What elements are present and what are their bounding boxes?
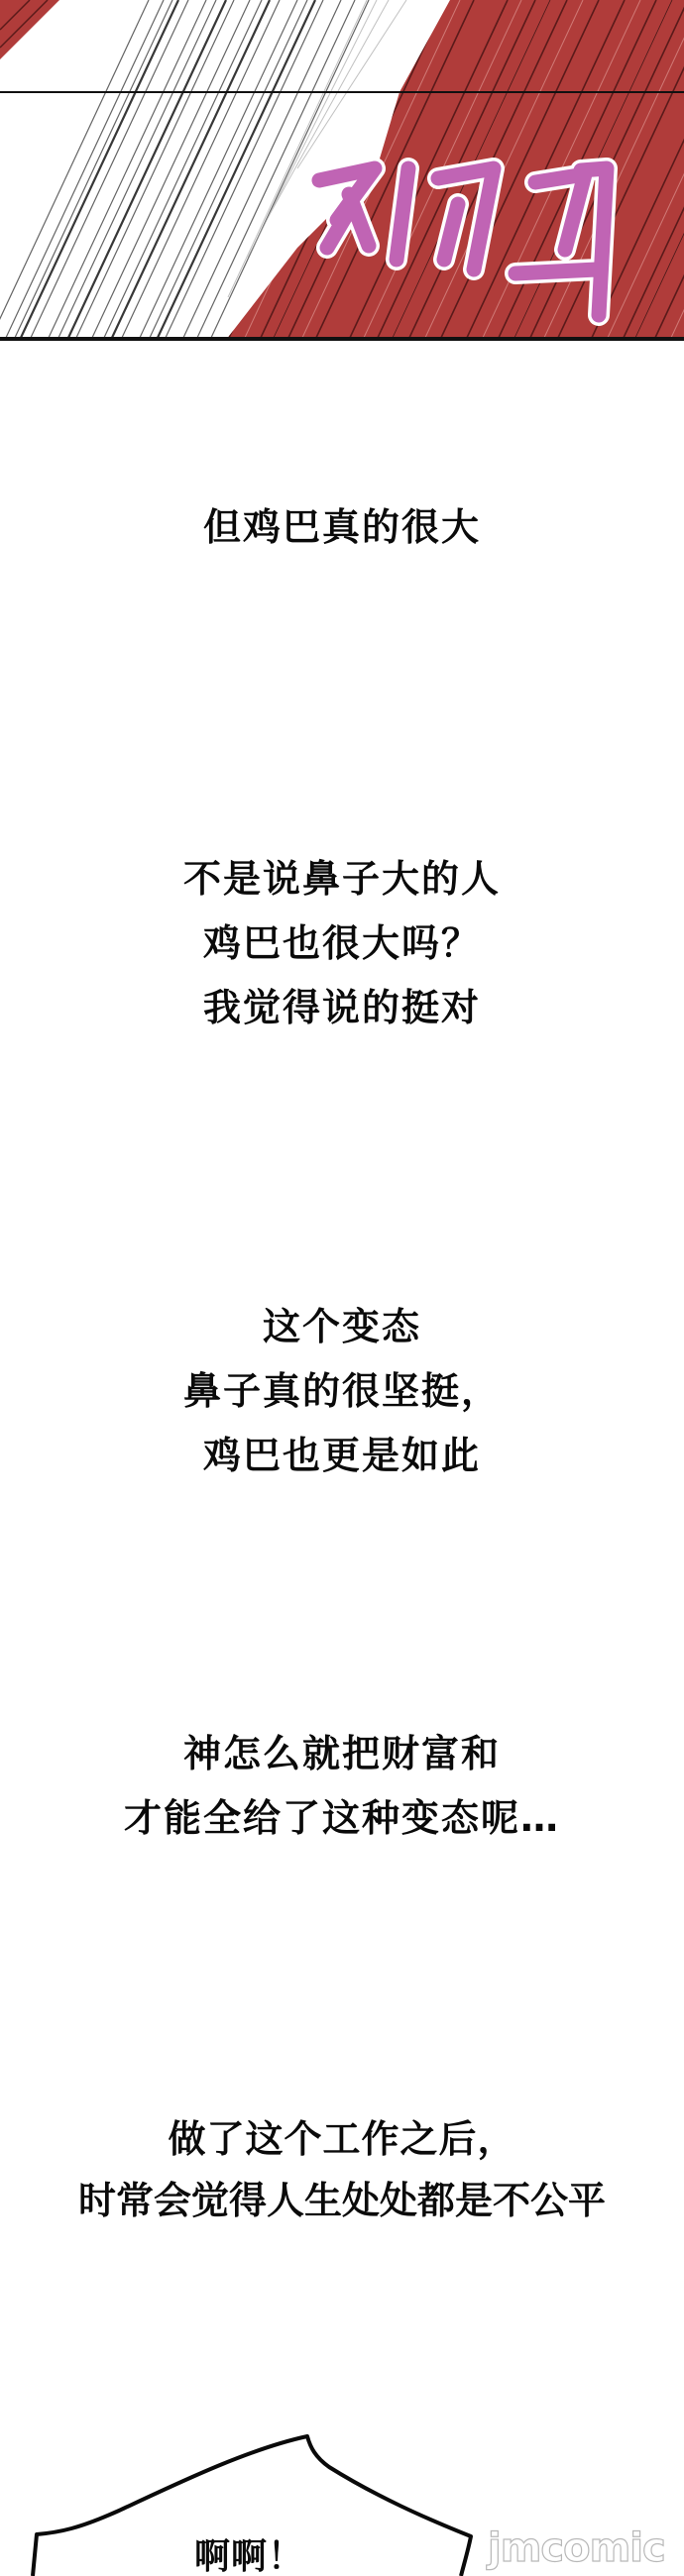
caption-5: 做了这个工作之后， 时常会觉得人生处处都是不公平 <box>0 2108 684 2231</box>
caption-1: 但鸡巴真的很大 <box>0 495 684 560</box>
caption-line: 才能全给了这种变态呢… <box>0 1786 684 1851</box>
panel-bottom-border <box>0 337 684 341</box>
caption-4: 神怎么就把财富和 才能全给了这种变态呢… <box>0 1722 684 1851</box>
caption-3: 这个变态 鼻子真的很坚挺， 鸡巴也更是如此 <box>0 1295 684 1488</box>
caption-line: 鼻子真的很坚挺， <box>0 1359 684 1424</box>
caption-line: 不是说鼻子大的人 <box>0 847 684 912</box>
caption-line: 神怎么就把财富和 <box>0 1722 684 1786</box>
caption-line: 这个变态 <box>0 1295 684 1359</box>
watermark-logo: jmcomic <box>488 2524 684 2572</box>
caption-line: 时常会觉得人生处处都是不公平 <box>0 2170 684 2231</box>
action-panel-art <box>0 0 684 340</box>
caption-line: 鸡巴也很大吗？ <box>0 912 684 976</box>
action-panel: 찌꺽 <box>0 0 684 340</box>
caption-line: 做了这个工作之后， <box>0 2108 684 2170</box>
caption-2: 不是说鼻子大的人 鸡巴也很大吗？ 我觉得说的挺对 <box>0 847 684 1040</box>
caption-line: 但鸡巴真的很大 <box>0 495 684 560</box>
comic-page: 찌꺽 但鸡巴真的很大 不是说鼻子大的人 鸡巴也很大吗？ 我觉得说的挺对 这个变态… <box>0 0 684 2576</box>
caption-line: 鸡巴也更是如此 <box>0 1424 684 1488</box>
caption-line: 我觉得说的挺对 <box>0 976 684 1040</box>
speech-bubble-text: 啊啊！ <box>194 2528 313 2576</box>
